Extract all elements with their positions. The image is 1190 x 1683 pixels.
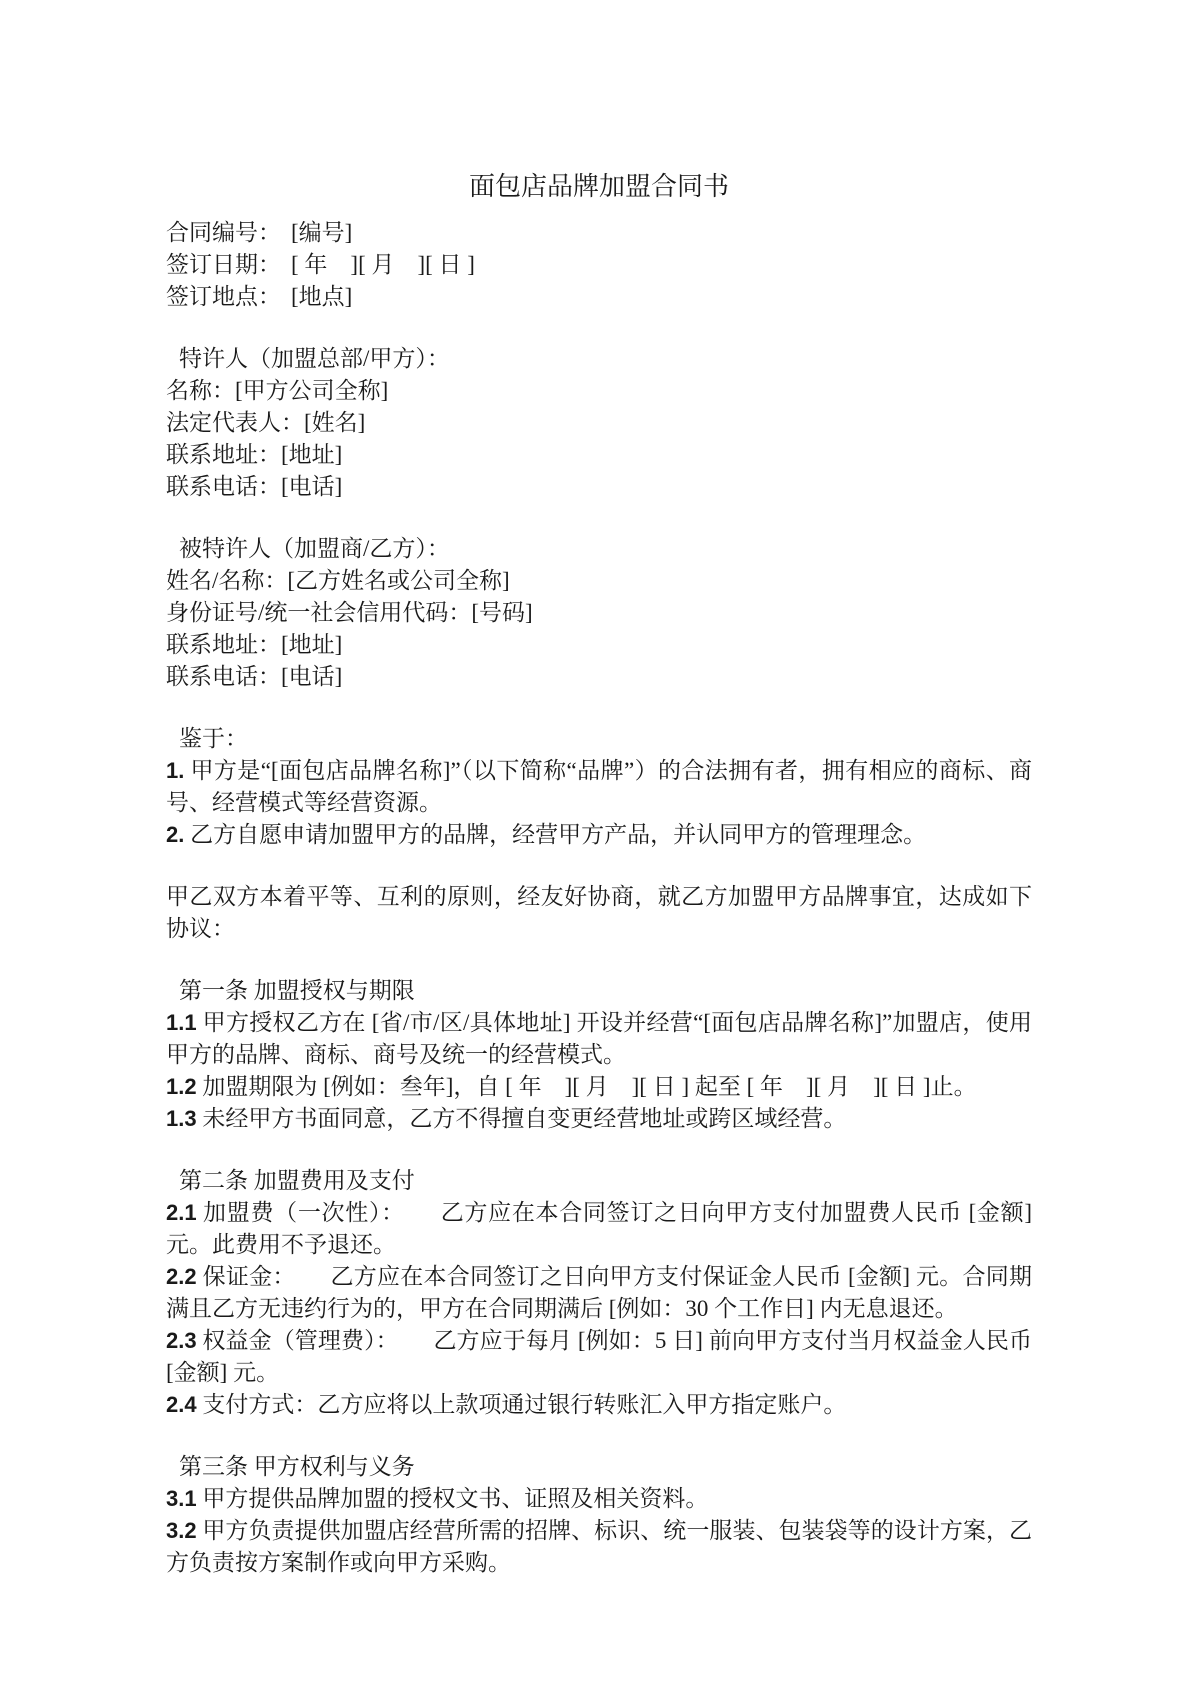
clause-3-1: 3.1 甲方提供品牌加盟的授权文书、证照及相关资料。	[166, 1483, 1032, 1515]
contract-number-line: 合同编号：[编号]	[166, 217, 1032, 249]
preamble-paragraph: 甲乙双方本着平等、互利的原则，经友好协商，就乙方加盟甲方品牌事宜，达成如下协议：	[166, 881, 1032, 945]
whereas-item-1-text: 甲方是“[面包店品牌名称]”（以下简称“品牌”）的合法拥有者，拥有相应的商标、商…	[166, 758, 1032, 815]
clause-1-3: 1.3 未经甲方书面同意，乙方不得擅自变更经营地址或跨区域经营。	[166, 1103, 1032, 1135]
clause-3-2: 3.2 甲方负责提供加盟店经营所需的招牌、标识、统一服装、包装袋等的设计方案，乙…	[166, 1515, 1032, 1579]
party-b-name-line: 姓名/名称：[乙方姓名或公司全称]	[166, 565, 1032, 597]
clause-1-1-number: 1.1	[166, 1010, 197, 1035]
sign-place-line: 签订地点：[地点]	[166, 281, 1032, 313]
clause-2-1: 2.1 加盟费（一次性）： 乙方应在本合同签订之日向甲方支付加盟费人民币 [金额…	[166, 1197, 1032, 1261]
contract-number-label: 合同编号：	[166, 220, 281, 245]
party-b-id-line: 身份证号/统一社会信用代码：[号码]	[166, 597, 1032, 629]
contract-page: 面包店品牌加盟合同书 合同编号：[编号] 签订日期：[ 年 ][ 月 ][ 日 …	[0, 0, 1190, 1683]
clause-1-1: 1.1 甲方授权乙方在 [省/市/区/具体地址] 开设并经营“[面包店品牌名称]…	[166, 1007, 1032, 1071]
sign-date-line: 签订日期：[ 年 ][ 月 ][ 日 ]	[166, 249, 1032, 281]
clause-1-3-text: 未经甲方书面同意，乙方不得擅自变更经营地址或跨区域经营。	[197, 1106, 847, 1131]
article-3-heading: 第三条 甲方权利与义务	[166, 1451, 1032, 1483]
whereas-item-2-number: 2.	[166, 822, 184, 847]
clause-3-2-text: 甲方负责提供加盟店经营所需的招牌、标识、统一服装、包装袋等的设计方案，乙方负责按…	[166, 1518, 1032, 1575]
clause-1-2-number: 1.2	[166, 1074, 197, 1099]
sign-date-label: 签订日期：	[166, 252, 281, 277]
clause-2-4-number: 2.4	[166, 1392, 197, 1417]
clause-3-1-text: 甲方提供品牌加盟的授权文书、证照及相关资料。	[197, 1486, 709, 1511]
party-b-address-line: 联系地址：[地址]	[166, 629, 1032, 661]
clause-2-4-text: 支付方式：乙方应将以上款项通过银行转账汇入甲方指定账户。	[197, 1392, 847, 1417]
clause-1-3-number: 1.3	[166, 1106, 197, 1131]
clause-2-3-text: 权益金（管理费）： 乙方应于每月 [例如：5 日] 前向甲方支付当月权益金人民币…	[166, 1328, 1038, 1385]
article-1-heading: 第一条 加盟授权与期限	[166, 975, 1032, 1007]
clause-2-3: 2.3 权益金（管理费）： 乙方应于每月 [例如：5 日] 前向甲方支付当月权益…	[166, 1325, 1032, 1389]
clause-2-4: 2.4 支付方式：乙方应将以上款项通过银行转账汇入甲方指定账户。	[166, 1389, 1032, 1421]
article-2-heading: 第二条 加盟费用及支付	[166, 1165, 1032, 1197]
party-b-phone-line: 联系电话：[电话]	[166, 661, 1032, 693]
clause-1-2: 1.2 加盟期限为 [例如：叁年]，自 [ 年 ][ 月 ][ 日 ] 起至 […	[166, 1071, 1032, 1103]
party-a-heading: 特许人（加盟总部/甲方）：	[166, 343, 1032, 375]
clause-2-3-number: 2.3	[166, 1328, 197, 1353]
party-a-name-line: 名称：[甲方公司全称]	[166, 375, 1032, 407]
party-a-phone-line: 联系电话：[电话]	[166, 471, 1032, 503]
party-a-legal-rep-line: 法定代表人：[姓名]	[166, 407, 1032, 439]
party-a-address-line: 联系地址：[地址]	[166, 439, 1032, 471]
document-title: 面包店品牌加盟合同书	[166, 170, 1032, 203]
clause-3-2-number: 3.2	[166, 1518, 197, 1543]
clause-2-2-number: 2.2	[166, 1264, 197, 1289]
sign-place-value: [地点]	[291, 284, 352, 309]
whereas-heading: 鉴于：	[166, 723, 1032, 755]
clause-2-1-number: 2.1	[166, 1200, 197, 1225]
sign-place-label: 签订地点：	[166, 284, 281, 309]
party-b-heading: 被特许人（加盟商/乙方）：	[166, 533, 1032, 565]
sign-date-value: [ 年 ][ 月 ][ 日 ]	[291, 252, 475, 277]
clause-1-2-text: 加盟期限为 [例如：叁年]，自 [ 年 ][ 月 ][ 日 ] 起至 [ 年 ]…	[197, 1074, 977, 1099]
clause-2-2: 2.2 保证金： 乙方应在本合同签订之日向甲方支付保证金人民币 [金额] 元。合…	[166, 1261, 1032, 1325]
whereas-item-1-number: 1.	[166, 758, 184, 783]
clause-2-1-text: 加盟费（一次性）： 乙方应在本合同签订之日向甲方支付加盟费人民币 [金额] 元。…	[166, 1200, 1038, 1257]
clause-1-1-text: 甲方授权乙方在 [省/市/区/具体地址] 开设并经营“[面包店品牌名称]”加盟店…	[166, 1010, 1032, 1067]
contract-number-value: [编号]	[291, 220, 352, 245]
clause-3-1-number: 3.1	[166, 1486, 197, 1511]
whereas-item-2: 2. 乙方自愿申请加盟甲方的品牌，经营甲方产品，并认同甲方的管理理念。	[166, 819, 1032, 851]
whereas-item-2-text: 乙方自愿申请加盟甲方的品牌，经营甲方产品，并认同甲方的管理理念。	[184, 822, 926, 847]
clause-2-2-text: 保证金： 乙方应在本合同签订之日向甲方支付保证金人民币 [金额] 元。合同期满且…	[166, 1264, 1032, 1321]
whereas-item-1: 1. 甲方是“[面包店品牌名称]”（以下简称“品牌”）的合法拥有者，拥有相应的商…	[166, 755, 1032, 819]
